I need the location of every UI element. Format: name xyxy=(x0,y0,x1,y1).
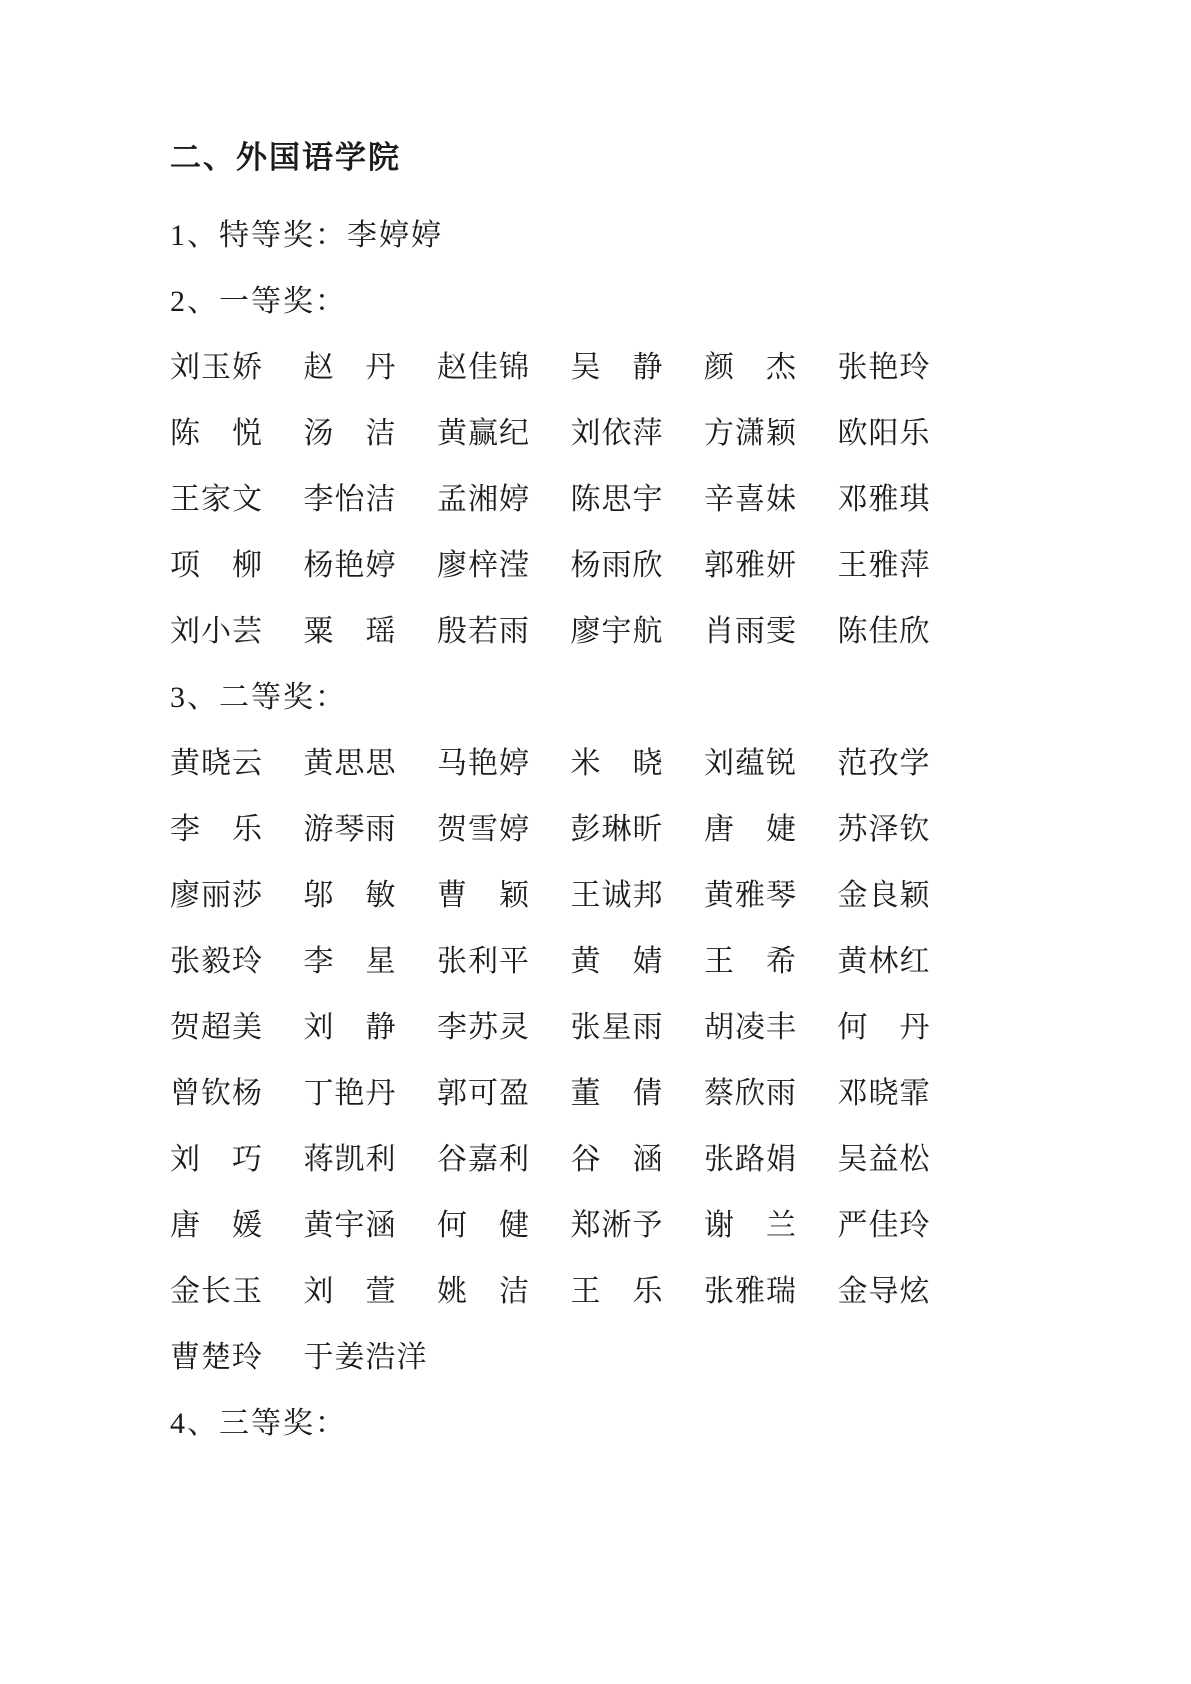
winner-name: 欧阳乐 xyxy=(838,419,972,449)
winner-name: 李怡洁 xyxy=(304,485,438,515)
winner-name: 丁艳丹 xyxy=(304,1079,438,1109)
name-row: 刘 巧蒋凯利谷嘉利谷 涵张路娟吴益松 xyxy=(170,1145,1041,1175)
document-page: 二、外国语学院 1、特等奖：李婷婷2、一等奖：刘玉娇赵 丹赵佳锦吴 静颜 杰张艳… xyxy=(0,0,1191,1684)
winner-name: 于姜浩洋 xyxy=(304,1343,438,1373)
winner-name: 邬 敏 xyxy=(304,881,438,911)
winner-name: 唐 媛 xyxy=(170,1211,304,1241)
winner-name: 张星雨 xyxy=(571,1013,705,1043)
winner-name: 赵佳锦 xyxy=(437,353,571,383)
winner-name: 蒋凯利 xyxy=(304,1145,438,1175)
winner-name: 黄思思 xyxy=(304,749,438,779)
winner-name: 曾钦杨 xyxy=(170,1079,304,1109)
award-level-label: 4、三等奖： xyxy=(170,1409,1041,1439)
winner-name: 马艳婷 xyxy=(437,749,571,779)
winner-name: 粟 瑶 xyxy=(304,617,438,647)
winner-name: 谷嘉利 xyxy=(437,1145,571,1175)
winner-name: 殷若雨 xyxy=(437,617,571,647)
winner-name: 米 晓 xyxy=(571,749,705,779)
winner-name: 贺雪婷 xyxy=(437,815,571,845)
winner-name: 金良颖 xyxy=(838,881,972,911)
winner-name: 范孜学 xyxy=(838,749,972,779)
winner-name: 胡凌丰 xyxy=(704,1013,838,1043)
winner-name: 王雅萍 xyxy=(838,551,972,581)
awards-content: 1、特等奖：李婷婷2、一等奖：刘玉娇赵 丹赵佳锦吴 静颜 杰张艳玲陈 悦汤 洁黄… xyxy=(170,221,1041,1439)
winner-name: 廖丽莎 xyxy=(170,881,304,911)
winner-name: 李 乐 xyxy=(170,815,304,845)
winner-name: 吴 静 xyxy=(571,353,705,383)
winner-name: 李 星 xyxy=(304,947,438,977)
winner-name: 廖宇航 xyxy=(571,617,705,647)
winner-name: 黄赢纪 xyxy=(437,419,571,449)
winner-name: 郑淅予 xyxy=(571,1211,705,1241)
winner-name: 刘小芸 xyxy=(170,617,304,647)
winner-name: 王家文 xyxy=(170,485,304,515)
winner-name: 黄林红 xyxy=(838,947,972,977)
winner-name: 邓雅琪 xyxy=(838,485,972,515)
winner-name: 杨雨欣 xyxy=(571,551,705,581)
winner-name: 陈佳欣 xyxy=(838,617,972,647)
award-level-label: 1、特等奖：李婷婷 xyxy=(170,221,1041,251)
winner-name: 邓晓霏 xyxy=(838,1079,972,1109)
award-level-label: 3、二等奖： xyxy=(170,683,1041,713)
winner-name: 吴益松 xyxy=(838,1145,972,1175)
winner-name: 颜 杰 xyxy=(704,353,838,383)
winner-name: 孟湘婷 xyxy=(437,485,571,515)
winner-name: 郭可盈 xyxy=(437,1079,571,1109)
name-row: 曾钦杨丁艳丹郭可盈董 倩蔡欣雨邓晓霏 xyxy=(170,1079,1041,1109)
winner-name: 董 倩 xyxy=(571,1079,705,1109)
winner-name: 曹楚玲 xyxy=(170,1343,304,1373)
winner-name: 张毅玲 xyxy=(170,947,304,977)
winner-name: 张艳玲 xyxy=(838,353,972,383)
winner-name: 金长玉 xyxy=(170,1277,304,1307)
winner-name: 张雅瑞 xyxy=(704,1277,838,1307)
winner-name: 项 柳 xyxy=(170,551,304,581)
winner-name: 何 健 xyxy=(437,1211,571,1241)
winner-name: 刘 静 xyxy=(304,1013,438,1043)
name-row: 王家文李怡洁孟湘婷陈思宇辛喜妹邓雅琪 xyxy=(170,485,1041,515)
winner-name: 何 丹 xyxy=(838,1013,972,1043)
winner-name: 游琴雨 xyxy=(304,815,438,845)
name-row: 金长玉刘 萱姚 洁王 乐张雅瑞金导炫 xyxy=(170,1277,1041,1307)
name-row: 曹楚玲于姜浩洋 xyxy=(170,1343,1041,1373)
winner-name: 辛喜妹 xyxy=(704,485,838,515)
winner-name: 刘玉娇 xyxy=(170,353,304,383)
winner-name: 曹 颖 xyxy=(437,881,571,911)
winner-name: 彭琳昕 xyxy=(571,815,705,845)
winner-name: 苏泽钦 xyxy=(838,815,972,845)
winner-name: 张利平 xyxy=(437,947,571,977)
name-row: 陈 悦汤 洁黄赢纪刘依萍方潇颖欧阳乐 xyxy=(170,419,1041,449)
winner-name: 金导炫 xyxy=(838,1277,972,1307)
winner-name: 郭雅妍 xyxy=(704,551,838,581)
winner-name: 姚 洁 xyxy=(437,1277,571,1307)
winner-name: 唐 婕 xyxy=(704,815,838,845)
name-row: 李 乐游琴雨贺雪婷彭琳昕唐 婕苏泽钦 xyxy=(170,815,1041,845)
name-row: 张毅玲李 星张利平黄 婧王 希黄林红 xyxy=(170,947,1041,977)
winner-name: 李苏灵 xyxy=(437,1013,571,1043)
winner-name: 张路娟 xyxy=(704,1145,838,1175)
name-row: 刘小芸粟 瑶殷若雨廖宇航肖雨雯陈佳欣 xyxy=(170,617,1041,647)
winner-name: 刘依萍 xyxy=(571,419,705,449)
winner-name: 刘蕴锐 xyxy=(704,749,838,779)
winner-name: 肖雨雯 xyxy=(704,617,838,647)
winner-name: 杨艳婷 xyxy=(304,551,438,581)
name-row: 项 柳杨艳婷廖梓滢杨雨欣郭雅妍王雅萍 xyxy=(170,551,1041,581)
winner-name: 方潇颖 xyxy=(704,419,838,449)
name-row: 刘玉娇赵 丹赵佳锦吴 静颜 杰张艳玲 xyxy=(170,353,1041,383)
winner-name: 陈思宇 xyxy=(571,485,705,515)
winner-name: 黄宇涵 xyxy=(304,1211,438,1241)
name-row: 廖丽莎邬 敏曹 颖王诚邦黄雅琴金良颖 xyxy=(170,881,1041,911)
winner-name: 刘 巧 xyxy=(170,1145,304,1175)
winner-name: 王 乐 xyxy=(571,1277,705,1307)
winner-name: 谢 兰 xyxy=(704,1211,838,1241)
section-heading: 二、外国语学院 xyxy=(170,141,1041,174)
winner-name: 刘 萱 xyxy=(304,1277,438,1307)
winner-name: 黄雅琴 xyxy=(704,881,838,911)
winner-name: 蔡欣雨 xyxy=(704,1079,838,1109)
winner-name: 黄 婧 xyxy=(571,947,705,977)
winner-name: 汤 洁 xyxy=(304,419,438,449)
winner-name: 黄晓云 xyxy=(170,749,304,779)
name-row: 黄晓云黄思思马艳婷米 晓刘蕴锐范孜学 xyxy=(170,749,1041,779)
winner-name: 王 希 xyxy=(704,947,838,977)
winner-name: 赵 丹 xyxy=(304,353,438,383)
award-level-label: 2、一等奖： xyxy=(170,287,1041,317)
winner-name: 谷 涵 xyxy=(571,1145,705,1175)
winner-name: 廖梓滢 xyxy=(437,551,571,581)
winner-name: 王诚邦 xyxy=(571,881,705,911)
name-row: 贺超美刘 静李苏灵张星雨胡凌丰何 丹 xyxy=(170,1013,1041,1043)
winner-name: 贺超美 xyxy=(170,1013,304,1043)
winner-name: 严佳玲 xyxy=(838,1211,972,1241)
name-row: 唐 媛黄宇涵何 健郑淅予谢 兰严佳玲 xyxy=(170,1211,1041,1241)
winner-name: 陈 悦 xyxy=(170,419,304,449)
